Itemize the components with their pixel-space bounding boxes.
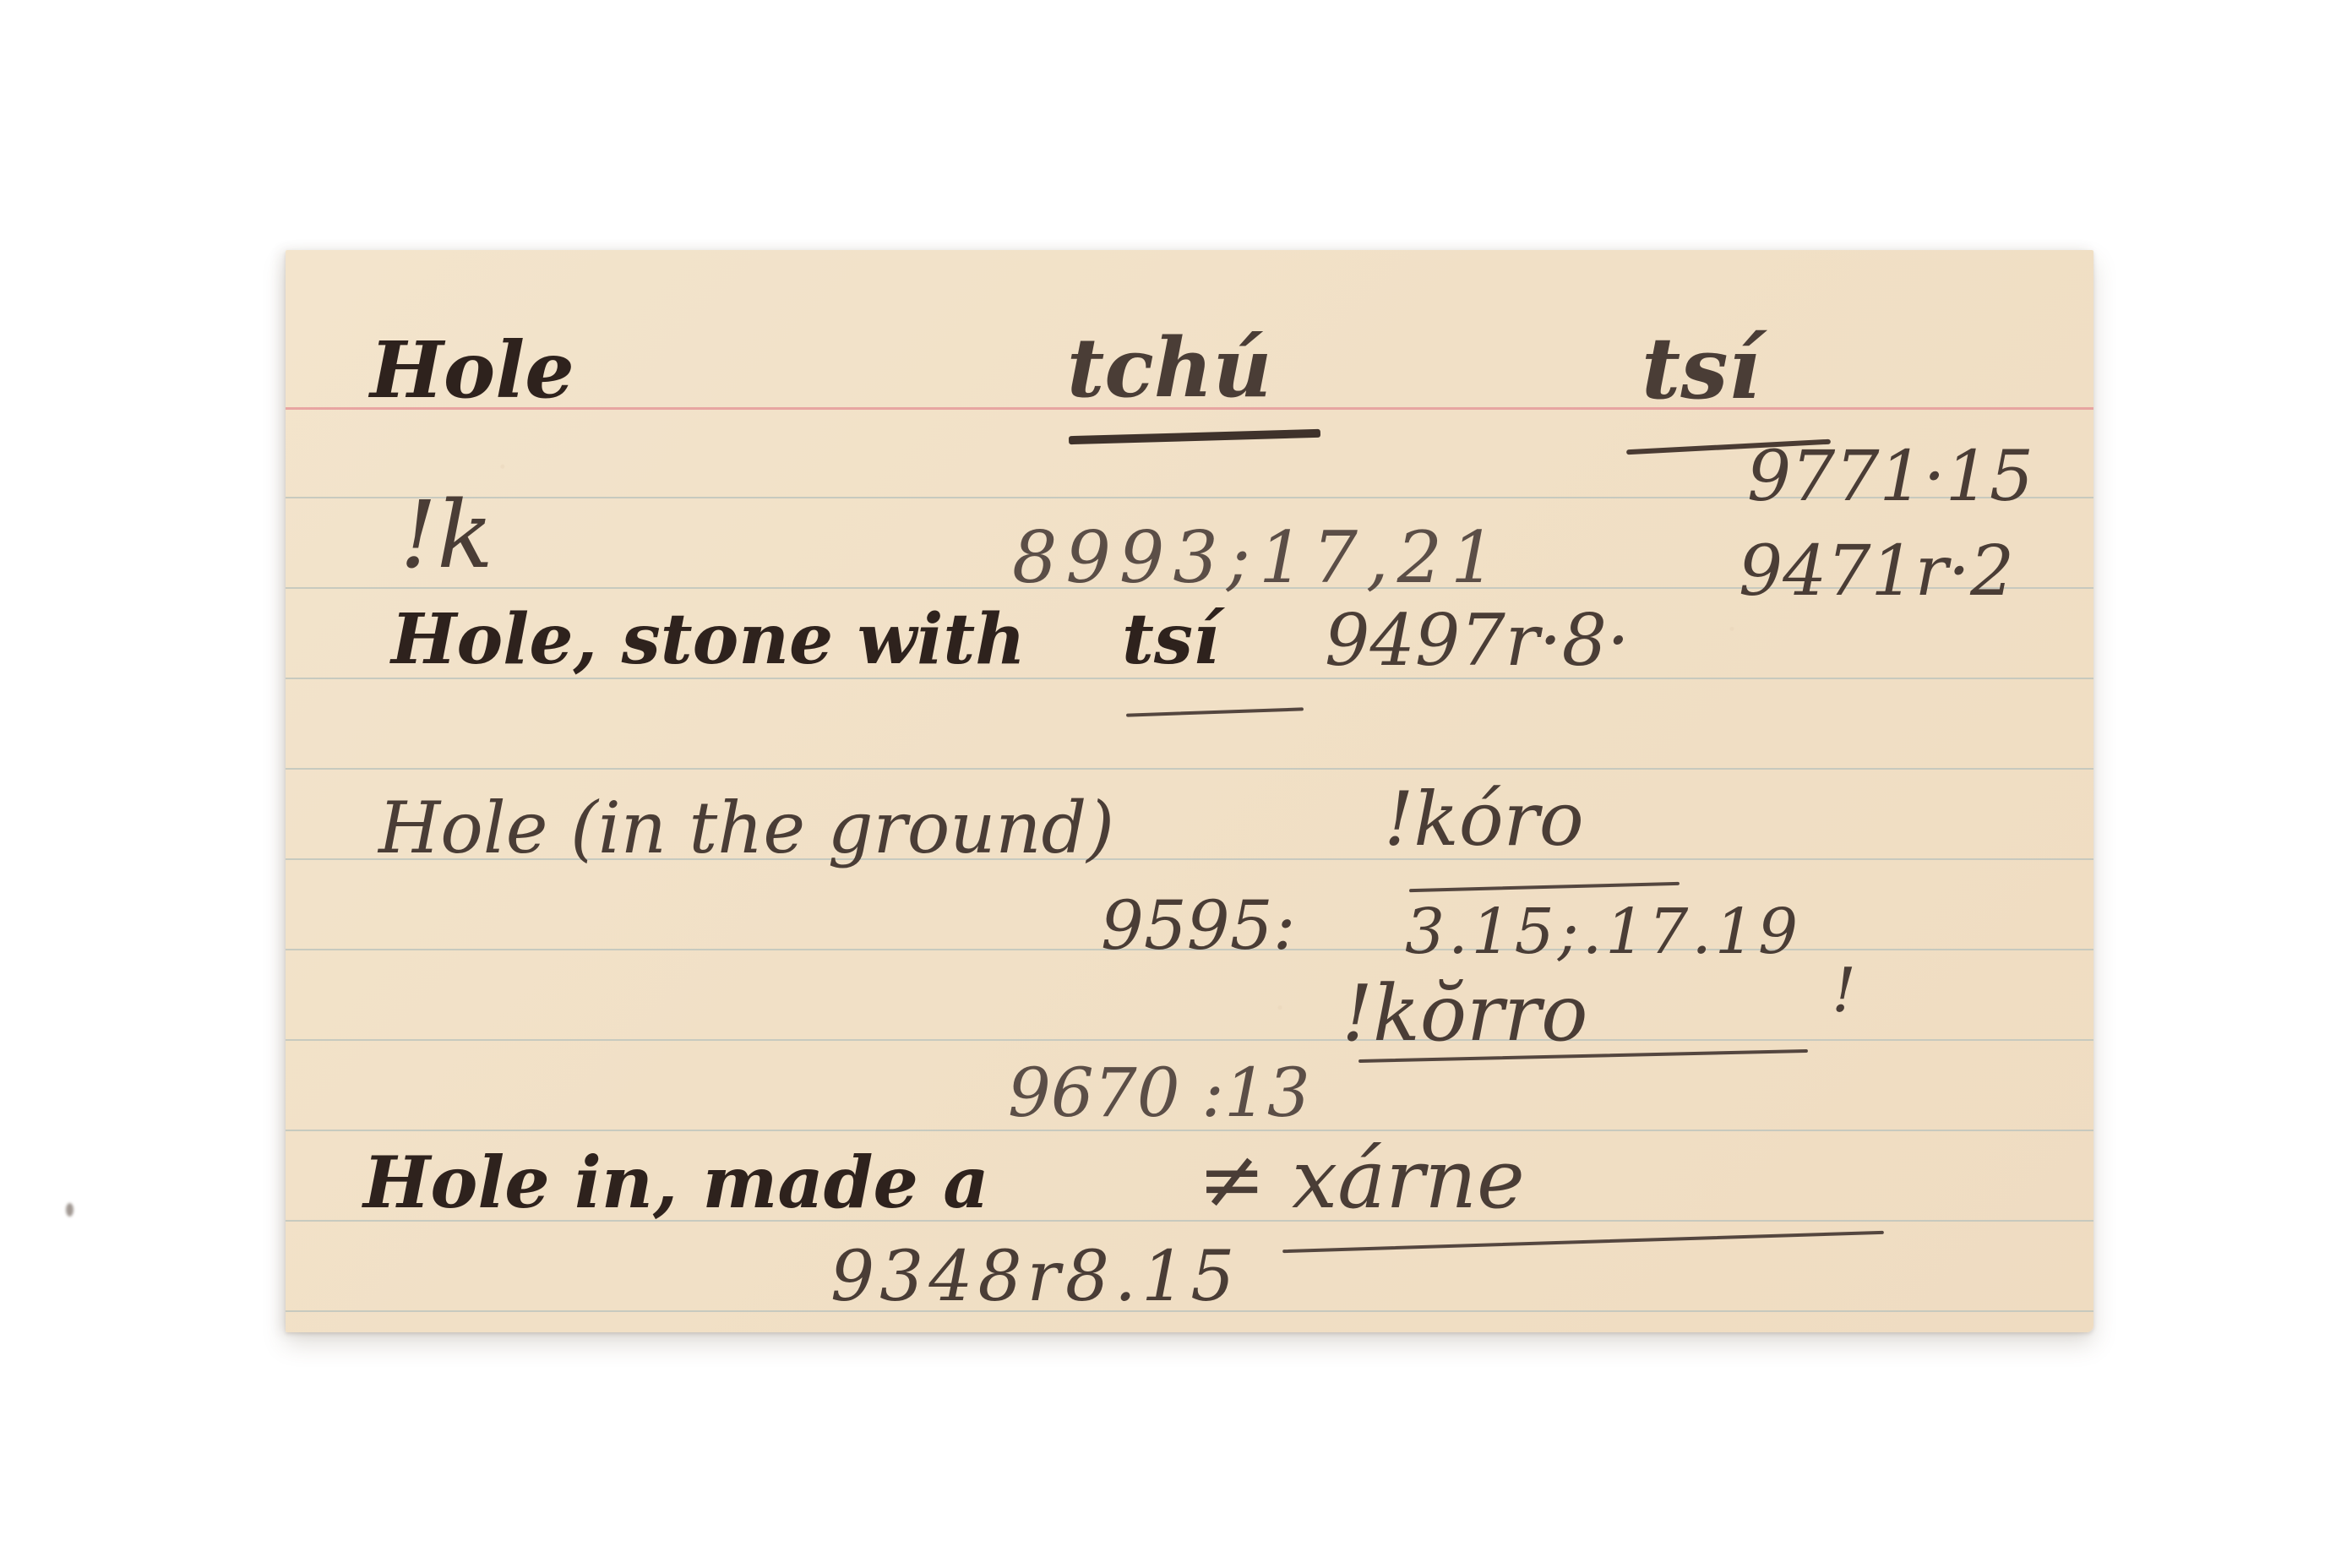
entry-gloss: Hole in, made a: [363, 1147, 989, 1218]
ref-top-right-2: 9471r·2: [1739, 537, 2014, 607]
entry-term-overline: [1409, 882, 1680, 892]
entry-gloss: Hole (in the ground): [378, 792, 1114, 863]
index-card: Hole tchú tsí 9771·15 9471r·2 !k 8993;17…: [286, 250, 2093, 1332]
entry-term-underline: [1282, 1231, 1884, 1253]
entry-refs: 9348r8.15: [830, 1243, 1239, 1312]
dust-speck: [66, 1203, 73, 1217]
entry-variant-mark: !: [1832, 960, 1856, 1021]
headword: Hole: [370, 331, 574, 409]
ref-top-right-1: 9771·15: [1747, 443, 2033, 512]
entry-term: ≠ xárne: [1198, 1139, 1525, 1220]
entry-variant: !kŏrro: [1342, 975, 1587, 1053]
ruled-line: [286, 1039, 2093, 1041]
entry-term-underline: [1126, 707, 1304, 716]
header-term-tsi: tsí: [1641, 326, 1760, 411]
entry-gloss: Hole, stone with: [391, 605, 1026, 674]
entry-refs-prefix: 9595:: [1101, 892, 1296, 960]
entry-label-click-k: !k: [400, 488, 493, 581]
ruled-line: [286, 768, 2093, 770]
entry-term: !kóro: [1384, 782, 1584, 857]
header-term-tchu-underline: [1069, 429, 1320, 444]
entry-refs: 9497r·8·: [1325, 605, 1630, 676]
header-term-tchu: tchú: [1067, 328, 1271, 409]
entry-term: tsí: [1122, 605, 1219, 674]
entry-variant-refs: 9670 :13: [1008, 1059, 1310, 1127]
entry-refs: 3.15;.17.19: [1405, 901, 1801, 963]
entry-refs: 8993;17,21: [1012, 522, 1505, 593]
